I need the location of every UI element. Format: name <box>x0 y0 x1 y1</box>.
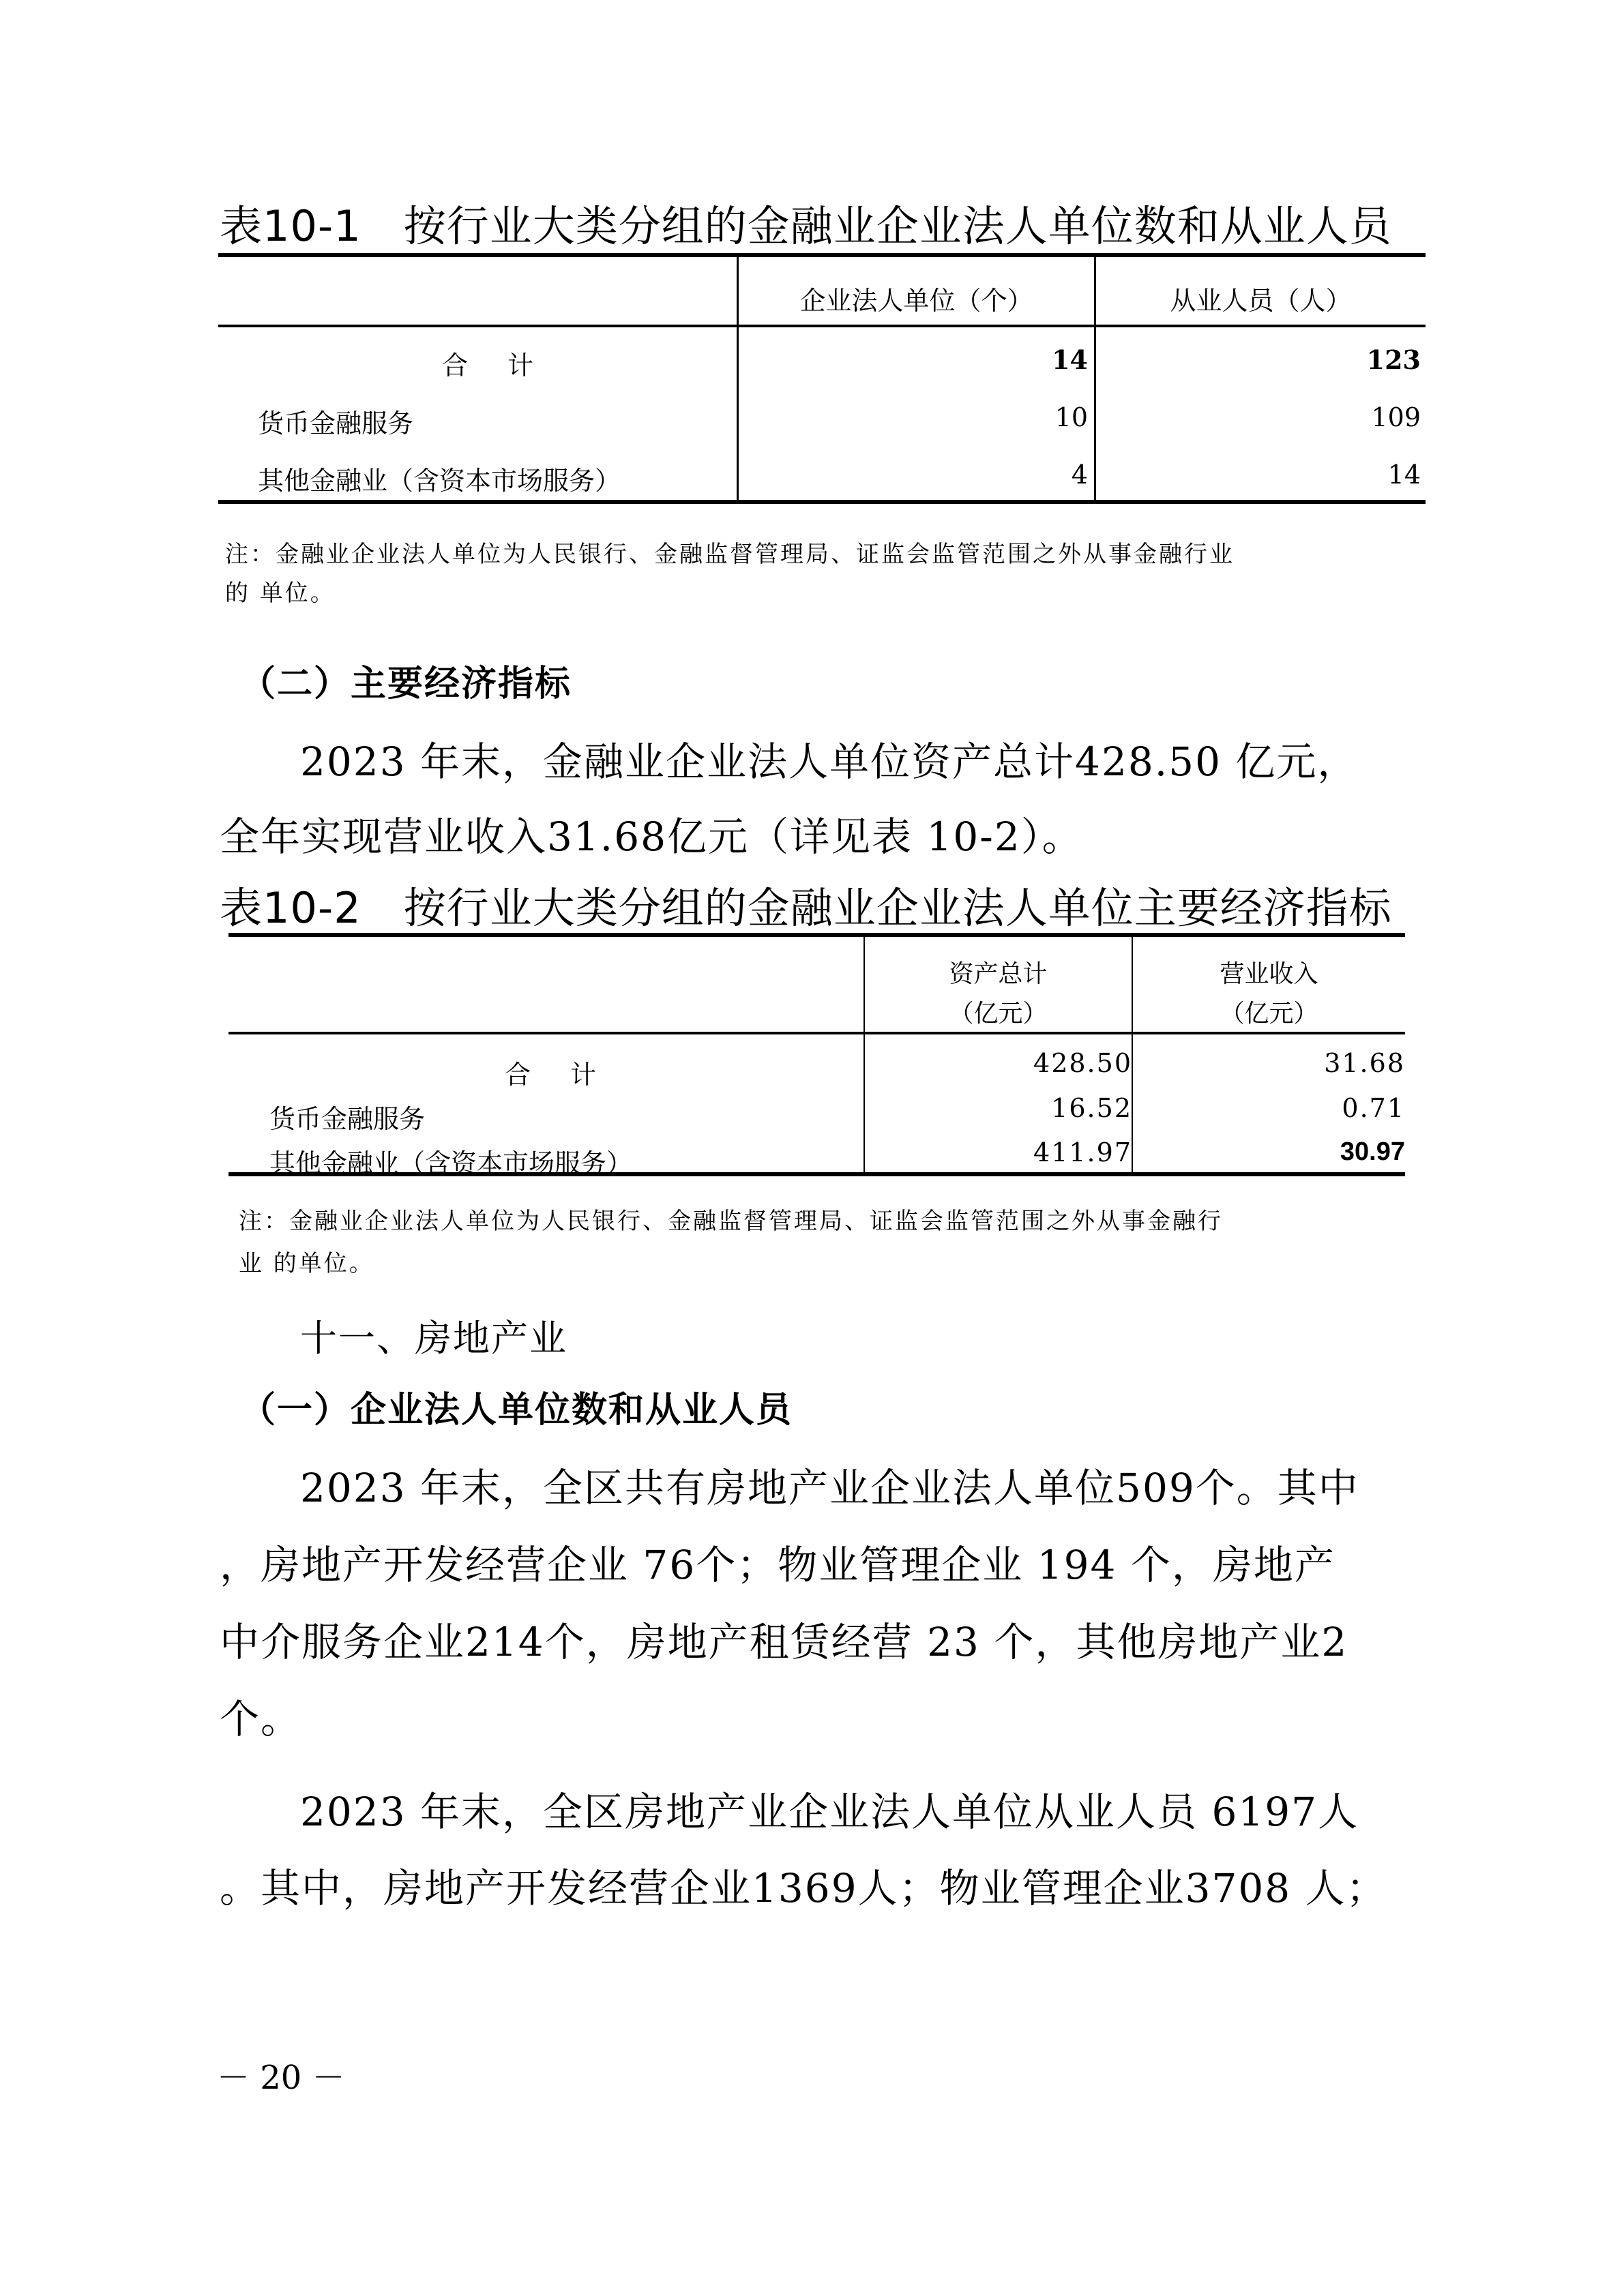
table1-title: 表10-1按行业大类分组的金融业企业法人单位数和从业人员 <box>220 192 1392 253</box>
table2-note-line2: 业 的单位。 <box>239 1244 374 1278</box>
table1-number: 表10-1 <box>220 201 361 251</box>
table2-header-assets-line1: 资产总计 <box>865 955 1132 989</box>
table1-header-rule <box>218 325 1426 327</box>
realestate-para1-line2: ，房地产开发经营企业 76个；物业管理企业 194 个，房地产 <box>220 1533 1335 1590</box>
realestate-para2-line1: 2023 年末，全区房地产业企业法人单位从业人员 6197人 <box>300 1780 1359 1837</box>
section-economic-para-line1: 2023 年末，金融业企业法人单位资产总计428.50 亿元， <box>300 730 1358 787</box>
table1-header-employees: 从业人员（人） <box>1096 280 1426 317</box>
table2-row-total-revenue: 31.68 <box>1133 1048 1405 1078</box>
realestate-para1-line1: 2023 年末，全区共有房地产业企业法人单位509个。其中 <box>300 1456 1359 1513</box>
table1-title-text: 按行业大类分组的金融业企业法人单位数和从业人员 <box>404 201 1392 251</box>
table1-header-units: 企业法人单位（个） <box>739 280 1094 317</box>
table1-top-rule <box>218 253 1426 257</box>
table2-title-text: 按行业大类分组的金融业企业法人单位主要经济指标 <box>404 883 1392 933</box>
section-realestate-subheading: （一）企业法人单位数和从业人员 <box>240 1381 793 1432</box>
table1-bottom-rule <box>218 500 1426 504</box>
table1-row-total-employees: 123 <box>1096 344 1421 375</box>
table2-header-revenue-line1: 营业收入 <box>1133 955 1405 989</box>
table2-row-other-assets: 411.97 <box>865 1137 1132 1167</box>
table2-row-monetary-revenue: 0.71 <box>1133 1093 1405 1123</box>
table2-row-other-revenue: 30.97 <box>1133 1137 1405 1167</box>
table1-note-line1: 注：金融业企业法人单位为人民银行、金融监督管理局、证监会监管范围之外从事金融行业 <box>225 535 1235 569</box>
table1-row-total-units: 14 <box>739 344 1088 375</box>
table2-header-revenue-line2: （亿元） <box>1133 994 1405 1029</box>
table1-row-monetary-employees: 109 <box>1096 402 1421 432</box>
realestate-para2-line2: 。其中，房地产开发经营企业1369人；物业管理企业3708 人； <box>220 1856 1387 1913</box>
section-economic-para-line2: 全年实现营业收入31.68亿元（详见表 10-2）。 <box>220 805 1083 862</box>
table1-row-other-units: 4 <box>739 460 1088 490</box>
table1-note-line2: 的 单位。 <box>225 574 336 608</box>
table2-number: 表10-2 <box>220 883 361 933</box>
section-realestate-heading: 十一、房地产业 <box>300 1309 567 1362</box>
table2-header-assets-line2: （亿元） <box>865 994 1132 1029</box>
table1-row-other-employees: 14 <box>1096 460 1421 490</box>
table2-row-monetary-assets: 16.52 <box>865 1093 1132 1123</box>
table1-row-monetary-label: 货币金融服务 <box>258 402 413 440</box>
table2-title: 表10-2按行业大类分组的金融业企业法人单位主要经济指标 <box>220 874 1392 935</box>
table1-row-other-label: 其他金融业（含资本市场服务） <box>258 460 621 497</box>
page-number: － 20 － <box>217 2051 345 2098</box>
table2-row-total-label: 合 计 <box>505 1054 603 1091</box>
section-economic-heading: （二）主要经济指标 <box>240 655 572 706</box>
realestate-para1-line4: 个。 <box>220 1687 301 1744</box>
table1-row-total-label: 合 计 <box>442 344 540 382</box>
table2-row-other-label: 其他金融业（含资本市场服务） <box>269 1142 632 1180</box>
table1-row-monetary-units: 10 <box>739 402 1088 432</box>
realestate-para1-line3: 中介服务企业214个，房地产租赁经营 23 个，其他房地产业2 <box>220 1610 1348 1667</box>
table2-header-rule <box>228 1032 1405 1034</box>
table2-row-monetary-label: 货币金融服务 <box>269 1098 425 1135</box>
table2-row-total-assets: 428.50 <box>865 1048 1132 1078</box>
table2-top-rule <box>228 933 1405 937</box>
table2-note-line1: 注：金融业企业法人单位为人民银行、金融监督管理局、证监会监管范围之外从事金融行 <box>239 1202 1223 1236</box>
